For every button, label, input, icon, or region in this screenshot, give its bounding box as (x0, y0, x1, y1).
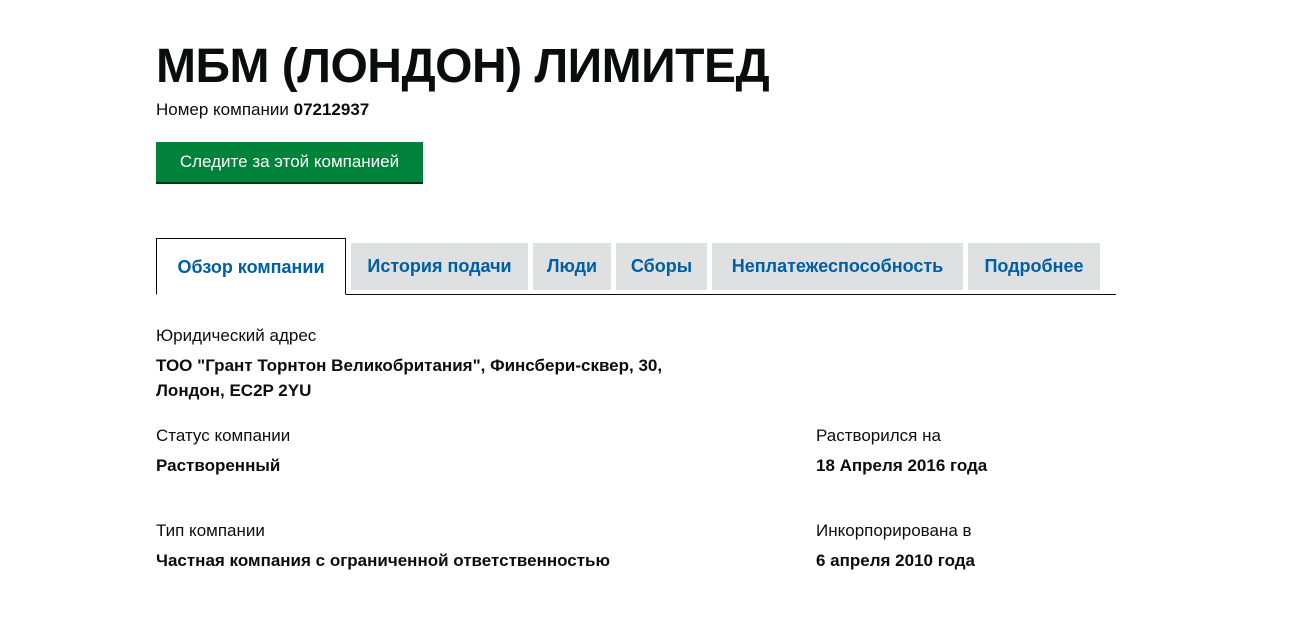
company-tabs: Обзор компании История подачи Люди Сборы… (156, 238, 1116, 295)
tab-more[interactable]: Подробнее (968, 243, 1100, 290)
registered-address-line2: Лондон, EC2P 2YU (156, 378, 311, 403)
company-status-label: Статус компании (156, 425, 290, 447)
company-number-value: 07212937 (294, 100, 370, 119)
registered-address-line1: ТОО "Грант Торнтон Великобритания", Финс… (156, 353, 662, 378)
dissolved-on-value: 18 Апреля 2016 года (816, 453, 987, 478)
company-title: МБМ (ЛОНДОН) ЛИМИТЕД (156, 40, 769, 94)
tab-people[interactable]: Люди (533, 243, 611, 290)
company-status-value: Растворенный (156, 453, 280, 478)
tab-filing-history[interactable]: История подачи (351, 243, 528, 290)
tab-company-overview[interactable]: Обзор компании (156, 238, 346, 295)
incorporated-on-value: 6 апреля 2010 года (816, 548, 975, 573)
company-number-label: Номер компании (156, 100, 289, 119)
company-type-value: Частная компания с ограниченной ответств… (156, 548, 610, 573)
incorporated-on-label: Инкорпорирована в (816, 520, 972, 542)
follow-company-button[interactable]: Следите за этой компанией (156, 142, 423, 182)
company-number: Номер компании 07212937 (156, 99, 369, 121)
company-type-label: Тип компании (156, 520, 265, 542)
tab-charges[interactable]: Сборы (616, 243, 707, 290)
registered-address-label: Юридический адрес (156, 325, 316, 347)
dissolved-on-label: Растворился на (816, 425, 941, 447)
tab-insolvency[interactable]: Неплатежеспособность (712, 243, 963, 290)
